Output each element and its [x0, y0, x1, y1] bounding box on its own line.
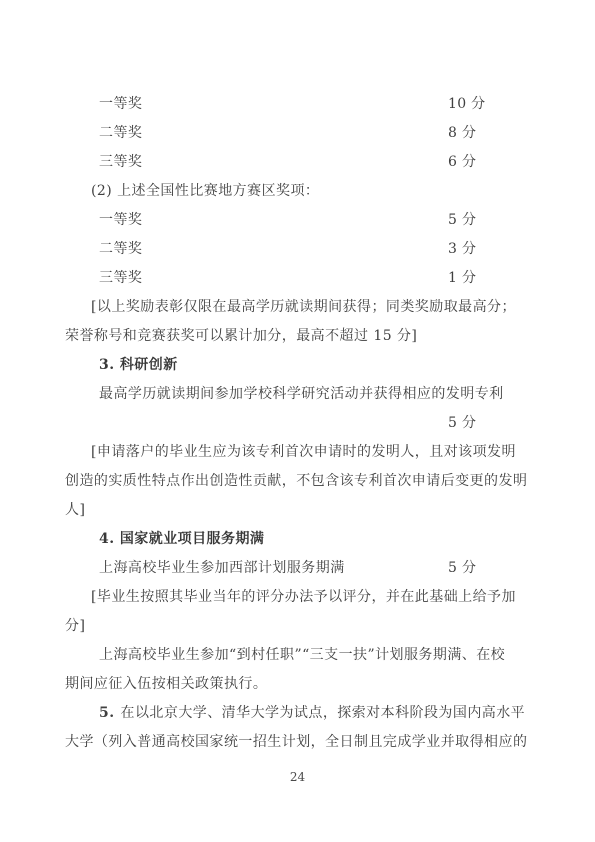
paragraph-line: 大学（列入普通高校国家统一招生计划，全日制且完成学业并取得相应的	[65, 728, 531, 757]
numbered-paragraph-line: 5.在以北京大学、清华大学为试点，探索对本科阶段为国内高水平	[65, 699, 531, 728]
score-value: 5 分	[448, 409, 476, 438]
score-value: 5 分	[448, 206, 476, 235]
note-line: [申请落户的毕业生应为该专利首次申请时的发明人，且对该项发明	[65, 438, 531, 467]
paragraph-line: 在以北京大学、清华大学为试点，探索对本科阶段为国内高水平	[121, 705, 526, 721]
score-label: 一等奖	[65, 206, 142, 235]
score-value: 10 分	[448, 90, 485, 119]
score-value: 8 分	[448, 119, 476, 148]
score-value: 3 分	[448, 235, 476, 264]
score-label: 上海高校毕业生参加西部计划服务期满	[65, 554, 345, 583]
score-label: 三等奖	[65, 264, 142, 293]
note-line: [毕业生按照其毕业当年的评分办法予以评分，并在此基础上给予加	[65, 583, 531, 612]
score-label: 二等奖	[65, 235, 142, 264]
score-row: 一等奖10 分	[65, 90, 531, 119]
note-line: 荣誉称号和竞赛获奖可以累计加分，最高不超过 15 分]	[65, 322, 531, 351]
score-row: 一等奖5 分	[65, 206, 531, 235]
document-content: 一等奖10 分二等奖8 分三等奖6 分(2) 上述全国性比赛地方赛区奖项：一等奖…	[65, 90, 531, 757]
text-line: (2) 上述全国性比赛地方赛区奖项：	[65, 177, 531, 206]
score-row: 三等奖6 分	[65, 148, 531, 177]
score-label: 三等奖	[65, 148, 142, 177]
section-heading: 4. 国家就业项目服务期满	[65, 525, 531, 554]
item-number: 5.	[99, 705, 115, 721]
score-row: 二等奖3 分	[65, 235, 531, 264]
score-value: 1 分	[448, 264, 476, 293]
paragraph-line: 期间应征入伍按相关政策执行。	[65, 670, 531, 699]
page-number: 24	[0, 770, 595, 784]
document-page: 一等奖10 分二等奖8 分三等奖6 分(2) 上述全国性比赛地方赛区奖项：一等奖…	[0, 0, 595, 842]
note-line: 创造的实质性特点作出创造性贡献，不包含该专利首次申请后变更的发明	[65, 467, 531, 496]
score-label: 二等奖	[65, 119, 142, 148]
section-heading: 3. 科研创新	[65, 351, 531, 380]
score-row: 5 分	[65, 409, 531, 438]
score-value: 6 分	[448, 148, 476, 177]
score-value: 5 分	[448, 554, 476, 583]
paragraph-line: 上海高校毕业生参加“到村任职”“三支一扶”计划服务期满、在校	[65, 641, 531, 670]
score-label: 一等奖	[65, 90, 142, 119]
note-line: 人]	[65, 496, 531, 525]
note-line: 分]	[65, 612, 531, 641]
score-row: 上海高校毕业生参加西部计划服务期满5 分	[65, 554, 531, 583]
text-line: 最高学历就读期间参加学校科学研究活动并获得相应的发明专利	[65, 380, 531, 409]
note-line: [以上奖励表彰仅限在最高学历就读期间获得；同类奖励取最高分；	[65, 293, 531, 322]
score-row: 三等奖1 分	[65, 264, 531, 293]
score-row: 二等奖8 分	[65, 119, 531, 148]
